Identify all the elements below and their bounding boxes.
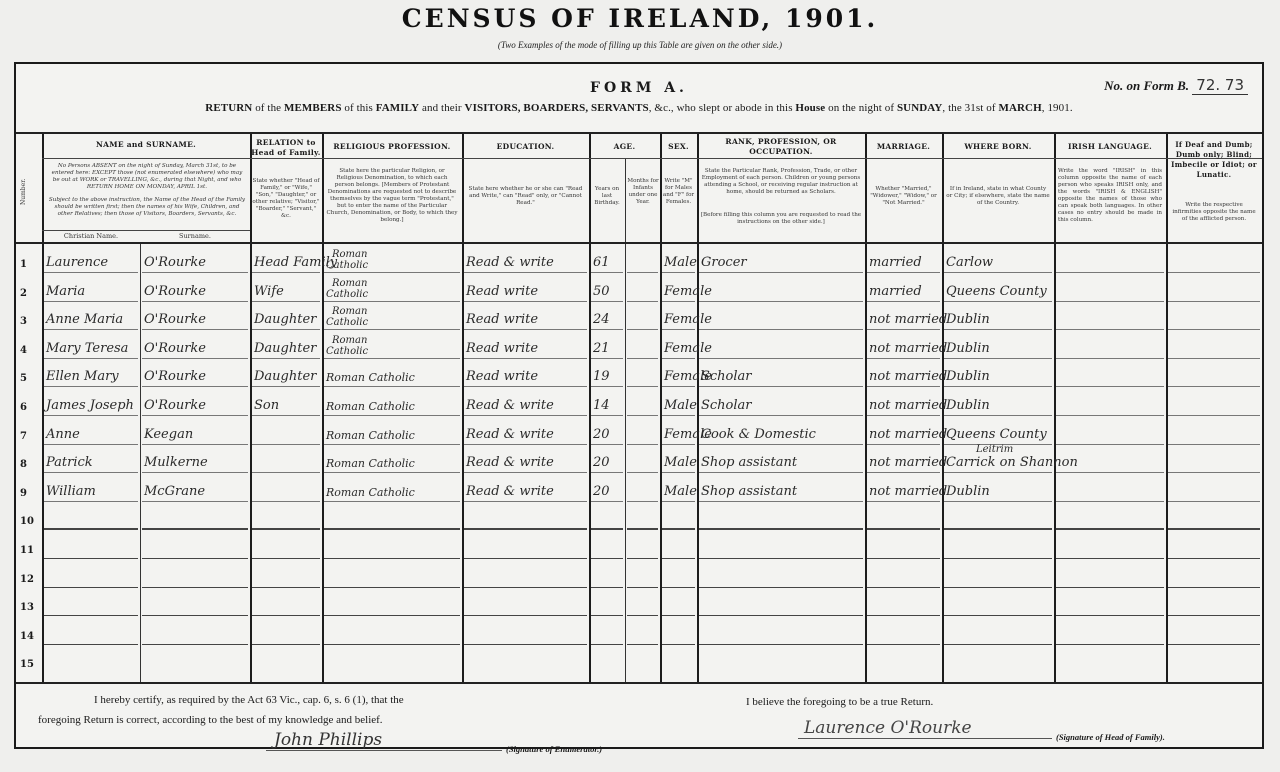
age-months-header: Months for Infants under one Year. <box>626 178 660 206</box>
cell-rule <box>142 587 248 588</box>
cell-years: 61 <box>593 255 610 270</box>
cell-rule <box>867 472 940 473</box>
cell-christian: William <box>46 484 96 499</box>
cell-rule <box>44 272 138 273</box>
cell-rule <box>252 615 320 616</box>
cell-rule <box>867 615 940 616</box>
cell-born: Dublin <box>946 484 990 499</box>
table-row: 6James JosephO'RourkeSonRead & write14Ma… <box>16 389 1262 416</box>
cell-rule <box>627 528 658 530</box>
row-number: 3 <box>20 316 40 327</box>
cell-rule <box>662 528 695 530</box>
cell-rule <box>44 501 138 502</box>
religion-instruction: State here the particular Religion, or R… <box>326 168 458 224</box>
cell-rule <box>662 444 695 445</box>
cell-rule <box>867 301 940 302</box>
infirmities-header: If Deaf and Dumb; Dumb only; Blind; Imbe… <box>1166 140 1262 180</box>
cell-religion-line2: Catholic <box>326 318 368 328</box>
cell-rule <box>662 558 695 559</box>
cell-rule <box>1168 558 1260 559</box>
cell-religion-line2: Catholic <box>326 347 368 357</box>
cell-rule <box>627 329 658 330</box>
cell-rule <box>699 272 863 273</box>
cell-rule <box>464 329 587 330</box>
table-row-empty: 11 <box>16 532 1262 559</box>
cell-surname: Mulkerne <box>144 455 208 470</box>
cell-sex: Female <box>664 341 712 356</box>
cell-sex: Female <box>664 312 712 327</box>
cell-rule <box>867 444 940 445</box>
cell-rule <box>591 587 623 588</box>
cell-years: 14 <box>593 398 610 413</box>
cell-rule <box>944 272 1052 273</box>
cell-rule <box>252 644 320 645</box>
cell-rule <box>252 444 320 445</box>
cell-rule <box>591 386 623 387</box>
cell-rule <box>142 644 248 645</box>
cell-rule <box>867 329 940 330</box>
cell-rule <box>44 644 138 645</box>
cell-rule <box>591 472 623 473</box>
cell-christian: Patrick <box>46 455 93 470</box>
cell-marriage: not married <box>869 398 947 413</box>
cell-rule <box>142 272 248 273</box>
cell-rule <box>699 558 863 559</box>
cell-rule <box>662 301 695 302</box>
cell-rule <box>1168 272 1260 273</box>
cell-christian: Anne <box>46 427 80 442</box>
name-header: NAME and SURNAME. <box>42 140 250 150</box>
cell-rule <box>662 615 695 616</box>
cell-relation: Wife <box>254 284 284 299</box>
cell-rule <box>699 301 863 302</box>
cell-rule <box>142 301 248 302</box>
table-row: 7AnneKeeganRead & write20FemaleCook & Do… <box>16 418 1262 445</box>
cell-rank: Cook & Domestic <box>701 427 816 442</box>
cell-rule <box>142 358 248 359</box>
cell-rule <box>591 415 623 416</box>
instruction-text: Subject to the above instruction, the Na… <box>49 197 245 217</box>
cell-rule <box>1168 301 1260 302</box>
cell-rule <box>699 329 863 330</box>
cell-rule <box>252 528 320 530</box>
cell-rule <box>867 415 940 416</box>
cell-rank: Shop assistant <box>701 455 797 470</box>
cell-marriage: not married <box>869 455 947 470</box>
age-header: AGE. <box>589 142 660 152</box>
cell-rule <box>662 472 695 473</box>
return-text: House <box>795 102 825 114</box>
cell-rule <box>142 615 248 616</box>
cell-religion-line2: Catholic <box>326 261 368 271</box>
cell-rule <box>699 615 863 616</box>
cell-born: Carrick on Shannon <box>946 455 1078 470</box>
row-number: 10 <box>20 516 40 527</box>
cell-rule <box>1168 501 1260 502</box>
cell-rule <box>591 272 623 273</box>
row-number: 12 <box>20 574 40 585</box>
cell-rule <box>662 644 695 645</box>
table-row-empty: 14 <box>16 618 1262 645</box>
cell-born: Dublin <box>946 369 990 384</box>
cell-rule <box>464 644 587 645</box>
cell-rule <box>591 528 623 530</box>
cell-rule <box>324 444 460 445</box>
cell-rule <box>944 415 1052 416</box>
cell-years: 21 <box>593 341 610 356</box>
cell-rank: Shop assistant <box>701 484 797 499</box>
row-number: 6 <box>20 402 40 413</box>
cell-born-note: Leitrim <box>976 445 1013 455</box>
instruction-text: No Persons ABSENT on the night of Sunday… <box>52 163 243 190</box>
cell-rule <box>627 415 658 416</box>
cell-education: Read write <box>466 341 538 356</box>
cell-marriage: married <box>869 255 922 270</box>
cell-rule <box>324 415 460 416</box>
name-instruction-2: Subject to the above instruction, the Na… <box>48 197 246 218</box>
cell-rule <box>944 358 1052 359</box>
cell-years: 20 <box>593 455 610 470</box>
cert-line-1: I hereby certify, as required by the Act… <box>38 690 558 710</box>
cell-rule <box>627 301 658 302</box>
cell-rule <box>944 301 1052 302</box>
cell-rule <box>1168 415 1260 416</box>
cell-rule <box>627 558 658 559</box>
cell-rule <box>44 358 138 359</box>
cell-education: Read & write <box>466 484 554 499</box>
cell-rule <box>627 358 658 359</box>
education-header: EDUCATION. <box>462 142 589 152</box>
cell-relation: Head Family <box>254 255 337 270</box>
relation-instruction: State whether "Head of Family," or "Wife… <box>252 178 320 220</box>
cell-rule <box>699 501 863 502</box>
cell-born: Queens County <box>946 427 1047 442</box>
cell-rule <box>464 528 587 530</box>
sex-instruction: Write "M" for Males and "F" for Females. <box>661 178 696 206</box>
cell-rule <box>662 501 695 502</box>
cell-rule <box>944 528 1052 530</box>
table-row-empty: 12 <box>16 561 1262 588</box>
table-row: 9WilliamMcGraneRead & write20MaleShop as… <box>16 475 1262 502</box>
table-row-empty: 15 <box>16 646 1262 673</box>
education-instruction: State here whether he or she can "Read a… <box>468 186 583 207</box>
cell-sex: Male <box>664 255 697 270</box>
cell-rule <box>464 615 587 616</box>
cell-rule <box>464 301 587 302</box>
enumerator-signature: John Phillips <box>266 730 502 751</box>
row-number: 15 <box>20 659 40 670</box>
cell-rule <box>324 329 460 330</box>
cell-rule <box>324 301 460 302</box>
return-text: FAMILY <box>376 102 419 114</box>
cell-rule <box>699 472 863 473</box>
cell-rule <box>944 615 1052 616</box>
table-row: 8PatrickMulkerneRead & write20MaleShop a… <box>16 446 1262 473</box>
table-row: 2MariaO'RourkeWifeRead write50Femalemarr… <box>16 275 1262 302</box>
cell-education: Read & write <box>466 427 554 442</box>
cell-rule <box>627 444 658 445</box>
cell-rule <box>1056 587 1164 588</box>
cell-rule <box>944 501 1052 502</box>
return-line: RETURN of the MEMBERS of this FAMILY and… <box>16 102 1262 114</box>
cell-rule <box>627 272 658 273</box>
cell-rule <box>44 615 138 616</box>
return-text: and their <box>419 102 464 114</box>
cell-religion-line1: Roman <box>332 250 367 260</box>
cell-marriage: not married <box>869 341 947 356</box>
cell-rule <box>324 386 460 387</box>
cell-christian: James Joseph <box>46 398 134 413</box>
cell-surname: O'Rourke <box>144 369 206 384</box>
header-rule <box>42 158 1262 159</box>
table-row: 4Mary TeresaO'RourkeDaughterRead write21… <box>16 332 1262 359</box>
row-number: 4 <box>20 345 40 356</box>
cell-rule <box>324 472 460 473</box>
cell-religion-line2: Catholic <box>326 290 368 300</box>
cell-rule <box>252 272 320 273</box>
cell-rule <box>1168 444 1260 445</box>
cell-rule <box>142 528 248 530</box>
cell-rule <box>627 472 658 473</box>
cell-religion: Roman Catholic <box>326 400 415 413</box>
cell-rule <box>252 472 320 473</box>
cell-rule <box>44 587 138 588</box>
cell-rule <box>324 358 460 359</box>
cell-religion-line1: Roman <box>332 307 367 317</box>
cell-sex: Male <box>664 484 697 499</box>
return-text: , 1901. <box>1042 102 1073 114</box>
cell-rule <box>1168 644 1260 645</box>
cell-rule <box>252 301 320 302</box>
cell-rule <box>1056 528 1164 530</box>
rank-instruction-2: [Before filling this column you are requ… <box>699 212 863 226</box>
cell-rule <box>1168 528 1260 530</box>
return-text: MARCH <box>998 102 1041 114</box>
cell-rule <box>142 472 248 473</box>
cell-rule <box>591 558 623 559</box>
cell-born: Dublin <box>946 398 990 413</box>
cell-surname: O'Rourke <box>144 398 206 413</box>
cell-relation: Daughter <box>254 341 316 356</box>
census-subtitle: (Two Examples of the mode of filling up … <box>0 40 1280 50</box>
age-years-header: Years on last Birthday. <box>590 186 624 207</box>
cell-rule <box>591 444 623 445</box>
cell-rule <box>1056 444 1164 445</box>
cell-rule <box>1056 301 1164 302</box>
cell-rule <box>1056 329 1164 330</box>
cell-years: 20 <box>593 484 610 499</box>
christian-name-header: Christian Name. <box>42 233 140 240</box>
relation-header: RELATION to Head of Family. <box>250 138 322 158</box>
cell-rule <box>867 358 940 359</box>
cell-relation: Son <box>254 398 279 413</box>
cell-rule <box>627 386 658 387</box>
form-b-label: No. on Form B. <box>1104 78 1189 93</box>
cell-education: Read & write <box>466 398 554 413</box>
cell-rule <box>1056 415 1164 416</box>
cell-rule <box>699 587 863 588</box>
cell-marriage: not married <box>869 312 947 327</box>
cell-education: Read write <box>466 312 538 327</box>
cell-rule <box>662 386 695 387</box>
cell-years: 20 <box>593 427 610 442</box>
cell-religion: Roman Catholic <box>326 457 415 470</box>
rank-instruction-1: State the Particular Rank, Profession, T… <box>699 168 863 196</box>
cell-rule <box>627 644 658 645</box>
cell-rule <box>662 587 695 588</box>
cell-rank: Grocer <box>701 255 747 270</box>
header-rule <box>16 242 1262 244</box>
cell-rule <box>44 444 138 445</box>
cell-rule <box>591 615 623 616</box>
cell-rule <box>662 272 695 273</box>
cell-marriage: not married <box>869 484 947 499</box>
cell-rule <box>1056 501 1164 502</box>
surname-header: Surname. <box>140 233 250 240</box>
cell-rule <box>464 415 587 416</box>
where-born-instruction: If in Ireland, state in what County or C… <box>946 186 1050 207</box>
cell-rank: Scholar <box>701 398 752 413</box>
cell-surname: McGrane <box>144 484 205 499</box>
cell-rule <box>627 501 658 502</box>
cell-rule <box>867 644 940 645</box>
cell-years: 50 <box>593 284 610 299</box>
cell-rule <box>867 528 940 530</box>
cell-christian: Maria <box>46 284 85 299</box>
cell-rule <box>944 329 1052 330</box>
cell-education: Read & write <box>466 255 554 270</box>
return-text: , &c., who slept or abode in this <box>649 102 796 114</box>
cell-rule <box>867 386 940 387</box>
irish-language-header: IRISH LANGUAGE. <box>1054 142 1166 152</box>
cell-rule <box>944 386 1052 387</box>
head-of-family-signature: Laurence O'Rourke <box>798 718 1052 739</box>
cell-surname: O'Rourke <box>144 341 206 356</box>
cell-christian: Ellen Mary <box>46 369 119 384</box>
cell-rule <box>464 472 587 473</box>
cell-rule <box>591 301 623 302</box>
infirmities-instruction: Write the respective infirmities opposit… <box>1170 202 1258 223</box>
cell-rule <box>944 558 1052 559</box>
cell-rule <box>1168 615 1260 616</box>
cell-born: Dublin <box>946 341 990 356</box>
cell-rule <box>44 472 138 473</box>
cell-marriage: married <box>869 284 922 299</box>
row-number: 13 <box>20 602 40 613</box>
cell-rule <box>627 615 658 616</box>
cell-surname: O'Rourke <box>144 255 206 270</box>
cell-religion: Roman Catholic <box>326 486 415 499</box>
cell-rule <box>699 644 863 645</box>
return-text: SUNDAY <box>897 102 942 114</box>
cell-rule <box>142 444 248 445</box>
cell-rule <box>1168 472 1260 473</box>
row-number: 8 <box>20 459 40 470</box>
cell-rule <box>867 501 940 502</box>
row-number: 5 <box>20 373 40 384</box>
cell-rule <box>591 501 623 502</box>
cell-religion-line1: Roman <box>332 279 367 289</box>
cell-rule <box>1168 386 1260 387</box>
cell-rule <box>464 501 587 502</box>
cell-rule <box>324 615 460 616</box>
name-instruction-1: No Persons ABSENT on the night of Sunday… <box>48 163 246 191</box>
cell-relation: Daughter <box>254 312 316 327</box>
table-row-empty: 13 <box>16 589 1262 616</box>
cell-rule <box>1056 615 1164 616</box>
cell-christian: Anne Maria <box>46 312 123 327</box>
row-number: 7 <box>20 431 40 442</box>
cell-sex: Male <box>664 398 697 413</box>
cell-rule <box>44 558 138 559</box>
census-table: Number. NAME and SURNAME. No Persons ABS… <box>16 132 1262 684</box>
table-row-empty: 10 <box>16 503 1262 530</box>
cell-surname: O'Rourke <box>144 312 206 327</box>
cell-rule <box>252 358 320 359</box>
marriage-header: MARRIAGE. <box>865 142 942 152</box>
cell-rule <box>252 386 320 387</box>
cell-rule <box>867 272 940 273</box>
cell-rule <box>464 272 587 273</box>
cell-years: 19 <box>593 369 610 384</box>
row-number: 11 <box>20 545 40 556</box>
cell-born: Queens County <box>946 284 1047 299</box>
table-row: 1LaurenceO'RourkeHead FamilyRead & write… <box>16 246 1262 273</box>
enumerator-signature-label: (Signature of Enumerator.) <box>506 744 602 754</box>
where-born-header: WHERE BORN. <box>942 142 1054 152</box>
certification-footer: I hereby certify, as required by the Act… <box>16 686 1262 749</box>
cell-surname: O'Rourke <box>144 284 206 299</box>
marriage-instruction: Whether "Married," "Widower," "Widow," o… <box>867 186 940 207</box>
cell-rule <box>1056 644 1164 645</box>
cell-rule <box>944 587 1052 588</box>
cell-rule <box>252 329 320 330</box>
cell-rule <box>324 587 460 588</box>
enumerator-certification: I hereby certify, as required by the Act… <box>38 690 558 730</box>
census-title: CENSUS OF IRELAND, 1901. <box>0 4 1280 33</box>
row-number: 2 <box>20 288 40 299</box>
cell-years: 24 <box>593 312 610 327</box>
cell-rule <box>324 644 460 645</box>
cell-rule <box>324 528 460 530</box>
cell-rule <box>252 501 320 502</box>
cell-rule <box>1168 587 1260 588</box>
cell-rule <box>1168 329 1260 330</box>
return-text: , the 31st of <box>942 102 998 114</box>
number-header: Number. <box>20 162 34 222</box>
row-number: 14 <box>20 631 40 642</box>
row-number: 1 <box>20 259 40 270</box>
form-a: FORM A. No. on Form B. 72. 73 RETURN of … <box>14 62 1264 749</box>
cell-rule <box>142 329 248 330</box>
cell-rule <box>1056 472 1164 473</box>
cell-relation: Daughter <box>254 369 316 384</box>
cell-rule <box>44 415 138 416</box>
cell-rule <box>1056 272 1164 273</box>
cell-education: Read write <box>466 369 538 384</box>
header-rule <box>42 230 250 231</box>
cell-rule <box>1168 358 1260 359</box>
rank-header: RANK, PROFESSION, OR OCCUPATION. <box>697 137 865 157</box>
irish-language-instruction: Write the word "IRISH" in this column op… <box>1058 168 1162 224</box>
cell-rule <box>627 587 658 588</box>
cell-rule <box>464 358 587 359</box>
cell-rule <box>699 444 863 445</box>
cell-rule <box>944 472 1052 473</box>
form-name: FORM A. <box>16 80 1262 96</box>
cell-rule <box>1056 358 1164 359</box>
cell-religion-line1: Roman <box>332 336 367 346</box>
